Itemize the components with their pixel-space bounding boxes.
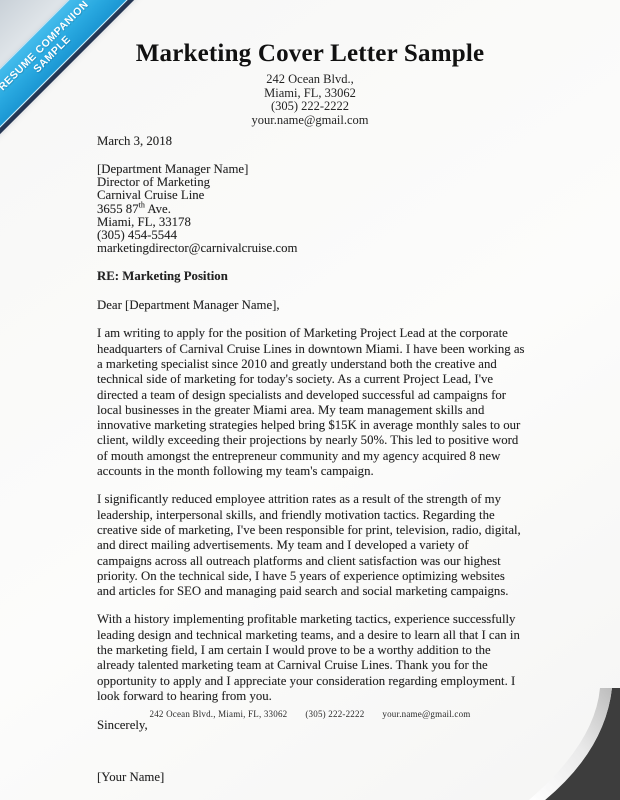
- document-title: Marketing Cover Letter Sample: [0, 40, 620, 68]
- page-curl: [505, 685, 620, 800]
- recipient-address-block: [Department Manager Name] Director of Ma…: [97, 163, 525, 256]
- recipient-street: 3655 87th Ave.: [97, 203, 525, 216]
- subject-line: RE: Marketing Position: [97, 269, 525, 284]
- body-paragraph-1: I am writing to apply for the position o…: [97, 326, 525, 479]
- recipient-city: Miami, FL, 33178: [97, 216, 525, 229]
- sender-address-line: 242 Ocean Blvd.,: [0, 73, 620, 87]
- body-paragraph-3: With a history implementing profitable m…: [97, 612, 525, 704]
- document-page: Marketing Cover Letter Sample 242 Ocean …: [0, 0, 620, 800]
- salutation: Dear [Department Manager Name],: [97, 298, 525, 313]
- recipient-name: [Department Manager Name]: [97, 163, 525, 176]
- letter-header: Marketing Cover Letter Sample 242 Ocean …: [0, 0, 620, 127]
- sender-email-line: your.name@gmail.com: [0, 114, 620, 128]
- recipient-job-title: Director of Marketing: [97, 176, 525, 189]
- signature-placeholder: [Your Name]: [97, 770, 525, 785]
- recipient-company: Carnival Cruise Line: [97, 189, 525, 202]
- date-line: March 3, 2018: [97, 134, 525, 149]
- closing: Sincerely,: [97, 718, 525, 733]
- footer-email: your.name@gmail.com: [382, 709, 470, 719]
- recipient-email: marketingdirector@carnivalcruise.com: [97, 242, 525, 255]
- footer-phone: (305) 222-2222: [305, 709, 364, 719]
- sender-city-line: Miami, FL, 33062: [0, 87, 620, 101]
- body-paragraph-2: I significantly reduced employee attriti…: [97, 492, 525, 599]
- letter-body: March 3, 2018 [Department Manager Name] …: [97, 134, 525, 785]
- footer-address: 242 Ocean Blvd., Miami, FL, 33062: [150, 709, 288, 719]
- sender-phone-line: (305) 222-2222: [0, 100, 620, 114]
- recipient-phone: (305) 454-5544: [97, 229, 525, 242]
